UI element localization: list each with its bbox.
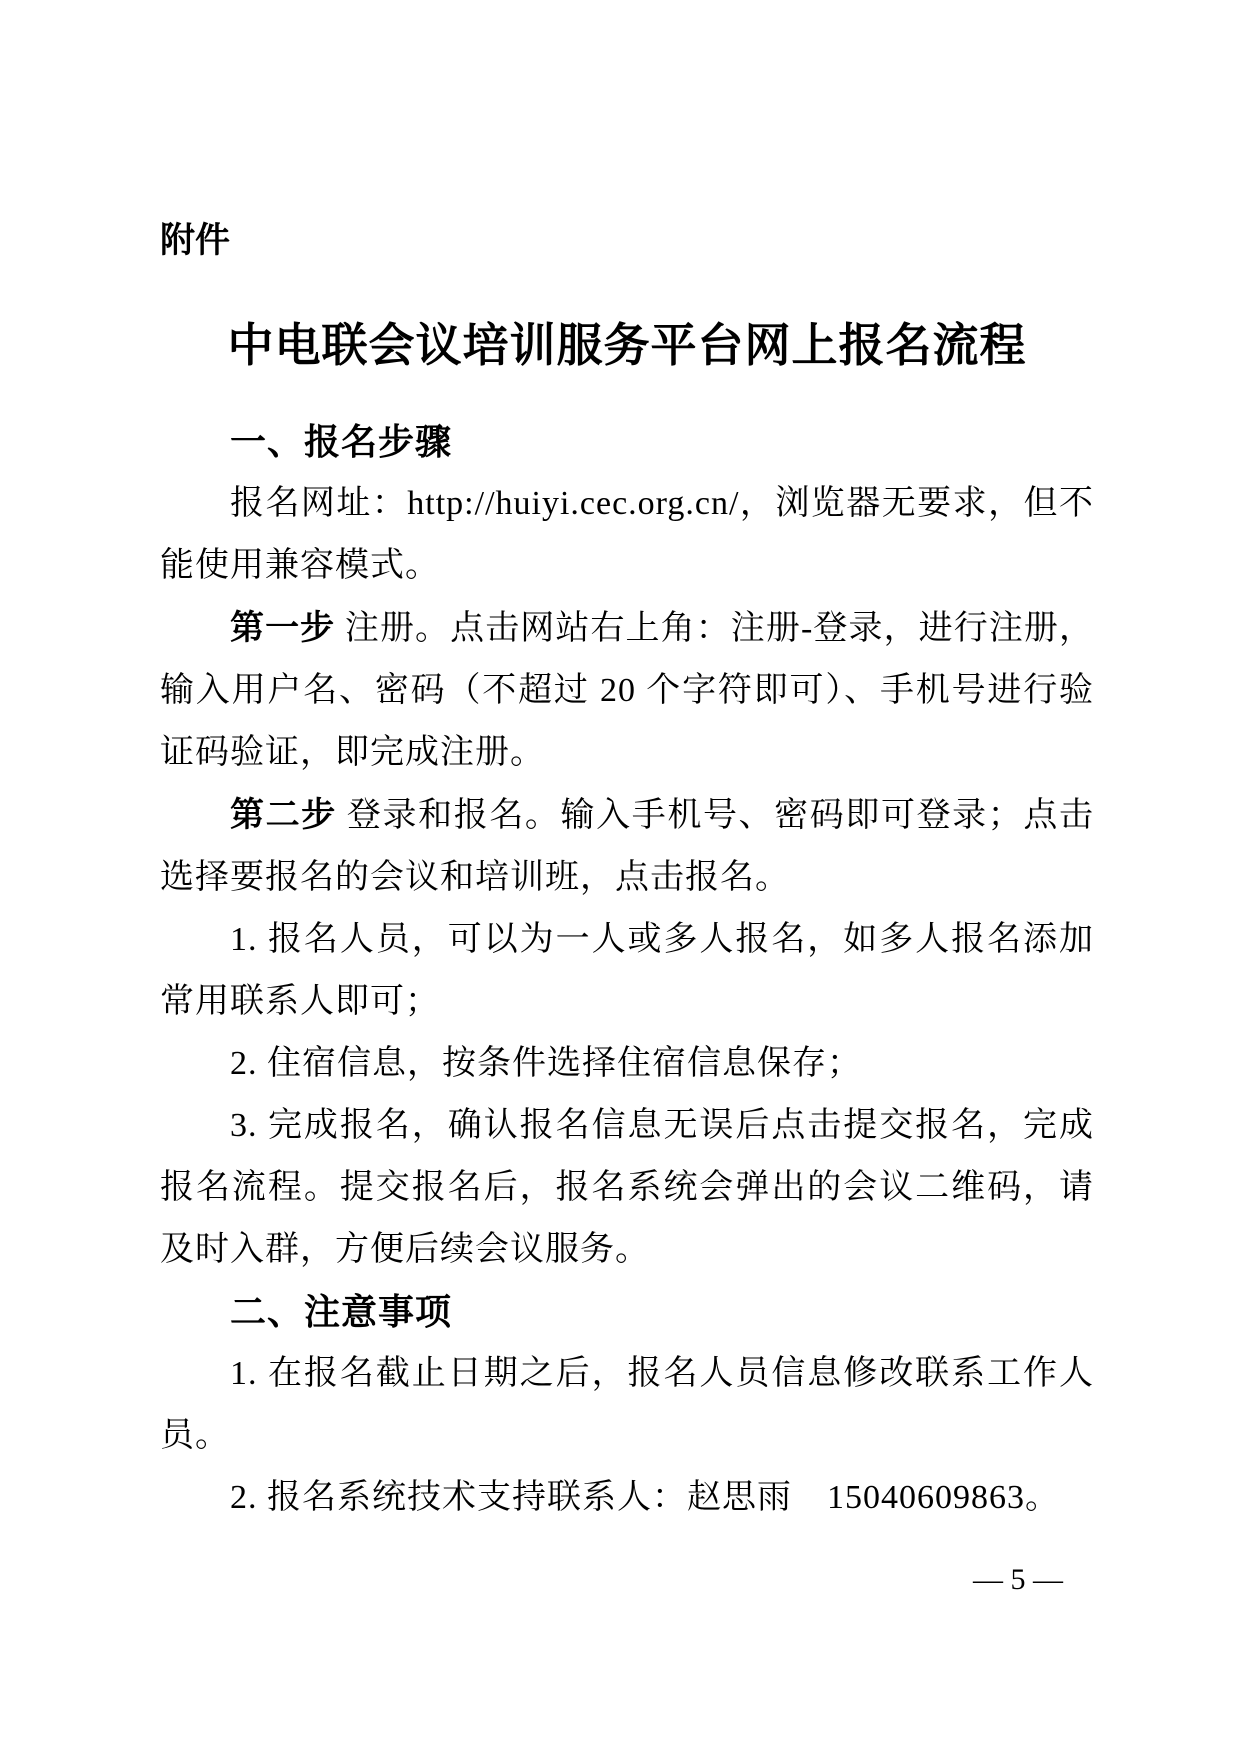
list-item-1: 1. 报名人员，可以为一人或多人报名，如多人报名添加常用联系人即可； xyxy=(160,909,1094,1033)
document-page: 附件 中电联会议培训服务平台网上报名流程 一、报名步骤 报名网址：http://… xyxy=(0,0,1241,1754)
paragraph-step2: 第二步 登录和报名。输入手机号、密码即可登录；点击选择要报名的会议和培训班，点击… xyxy=(160,784,1094,909)
step1-label: 第一步 xyxy=(230,609,335,647)
list-item-2: 2. 住宿信息，按条件选择住宿信息保存； xyxy=(160,1033,1094,1095)
notes-item-1: 1. 在报名截止日期之后，报名人员信息修改联系工作人员。 xyxy=(160,1343,1094,1467)
attachment-label: 附件 xyxy=(160,220,1094,262)
document-title: 中电联会议培训服务平台网上报名流程 xyxy=(160,317,1094,373)
notes-item-2: 2. 报名系统技术支持联系人：赵思雨 15040609863。 xyxy=(160,1467,1094,1529)
step2-label: 第二步 xyxy=(230,796,337,834)
paragraph-registration-url: 报名网址：http://huiyi.cec.org.cn/，浏览器无要求，但不能… xyxy=(160,473,1094,597)
page-number: — 5 — xyxy=(973,1560,1063,1600)
section1-heading: 一、报名步骤 xyxy=(160,411,1094,473)
section2-heading: 二、注意事项 xyxy=(160,1281,1094,1343)
document-body: 一、报名步骤 报名网址：http://huiyi.cec.org.cn/，浏览器… xyxy=(160,411,1094,1529)
list-item-3: 3. 完成报名，确认报名信息无误后点击提交报名，完成报名流程。提交报名后，报名系… xyxy=(160,1095,1094,1281)
paragraph-step1: 第一步 注册。点击网站右上角：注册-登录，进行注册，输入用户名、密码（不超过 2… xyxy=(160,597,1094,784)
